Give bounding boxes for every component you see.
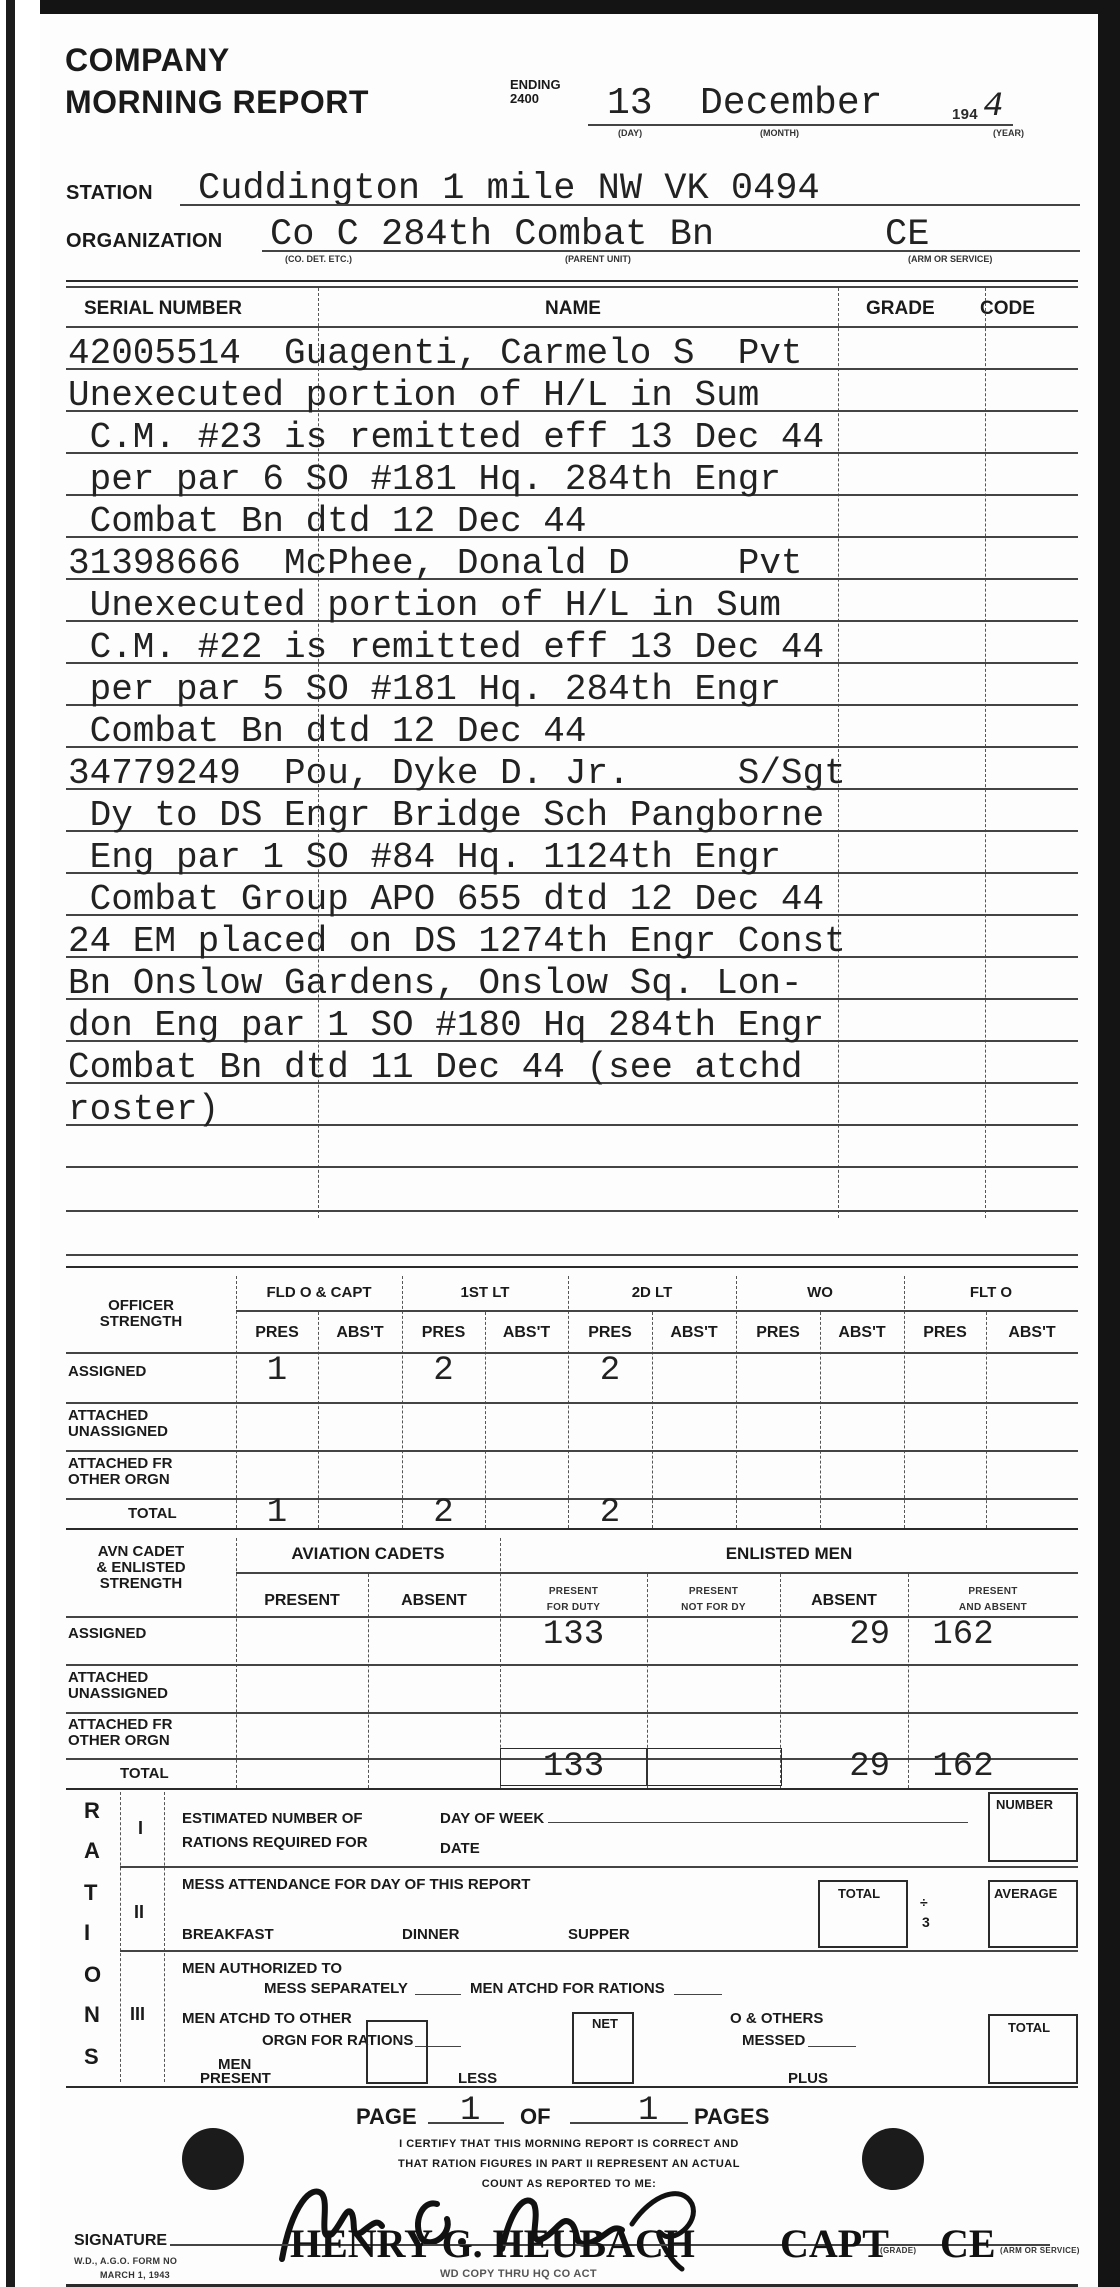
col-code: CODE bbox=[980, 298, 1035, 320]
men-atchd-other-label-1: MEN ATCHD TO OTHER bbox=[182, 2010, 352, 2027]
entry-line: 34779249 Pou, Dyke D. Jr. S/Sgt bbox=[68, 756, 846, 792]
sub-pres: PRES bbox=[236, 1324, 318, 1342]
sub-abst: ABS'T bbox=[318, 1324, 402, 1342]
average-label: AVERAGE bbox=[994, 1886, 1057, 1901]
less-label: LESS bbox=[458, 2070, 497, 2087]
organization-label: ORGANIZATION bbox=[66, 230, 223, 253]
row-rule bbox=[66, 1402, 1078, 1404]
em-total-present-for-duty: 133 bbox=[500, 1748, 647, 1786]
em-total-present-and-absent: 162 bbox=[908, 1748, 1018, 1786]
col-divider bbox=[986, 1312, 987, 1528]
mess-total-label: TOTAL bbox=[838, 1886, 880, 1901]
rations-letter: R bbox=[84, 1798, 100, 1824]
av-absent-head: ABSENT bbox=[368, 1592, 500, 1610]
entry-line: per par 6 SO #181 Hq. 284th Engr bbox=[68, 462, 781, 498]
arm-caption: (ARM OR SERVICE) bbox=[908, 254, 992, 264]
row-label-attached-unassigned: ATTACHED UNASSIGNED bbox=[68, 1408, 188, 1440]
page-number: 1 bbox=[460, 2092, 480, 2130]
dinner-label: DINNER bbox=[402, 1926, 460, 1943]
row-rule bbox=[66, 1788, 1078, 1790]
signature-label: SIGNATURE bbox=[74, 2232, 167, 2250]
report-day: 13 bbox=[607, 82, 653, 125]
divide-by-three: 3 bbox=[922, 1914, 930, 1930]
scan-top-border bbox=[40, 0, 1120, 14]
o-others-label-1: O & OTHERS bbox=[730, 2010, 823, 2027]
signer-name: HENRY G. HEUBACH bbox=[290, 2220, 695, 2267]
officer-strength-label: OFFICER STRENGTH bbox=[66, 1298, 216, 1330]
entry-line: C.M. #23 is remitted eff 13 Dec 44 bbox=[68, 420, 824, 456]
col-name: NAME bbox=[545, 298, 601, 320]
scan-right-border bbox=[1098, 0, 1120, 2287]
group-rule bbox=[236, 1572, 1078, 1574]
divide-sign: ÷ bbox=[920, 1894, 928, 1910]
officer-assigned-1lt-pres: 2 bbox=[402, 1352, 485, 1390]
year-caption: (YEAR) bbox=[993, 128, 1024, 138]
em-present-for-duty-1: PRESENT bbox=[500, 1584, 647, 1600]
men-atchd-rations-field[interactable] bbox=[674, 1994, 722, 1995]
officer-total-2lt-pres: 2 bbox=[568, 1494, 652, 1532]
form-title-morning-report: MORNING REPORT bbox=[65, 86, 369, 118]
page-total: 1 bbox=[638, 2092, 658, 2130]
section-iii: III bbox=[130, 2004, 145, 2025]
group-2d-lt: 2D LT bbox=[568, 1284, 736, 1301]
col-divider bbox=[236, 1538, 237, 1788]
number-label: NUMBER bbox=[996, 1797, 1053, 1812]
em-present-for-duty-head: PRESENT FOR DUTY bbox=[500, 1584, 647, 1616]
rations-divider bbox=[164, 1792, 165, 2082]
page-number-underline bbox=[428, 2122, 504, 2124]
ending-label-line2: 2400 bbox=[510, 92, 561, 106]
certification-line-1: I CERTIFY THAT THIS MORNING REPORT IS CO… bbox=[269, 2138, 869, 2150]
station-label: STATION bbox=[66, 182, 153, 205]
org-caption: (CO. DET. ETC.) bbox=[285, 254, 352, 264]
page-total-underline bbox=[570, 2122, 688, 2124]
o-others-messed-field[interactable] bbox=[808, 2046, 856, 2047]
entry-line: Combat Group APO 655 dtd 12 Dec 44 bbox=[68, 882, 824, 918]
rations-rule bbox=[120, 1866, 1078, 1868]
ending-label: ENDING 2400 bbox=[510, 78, 561, 105]
enlisted-label-1: AVN CADET bbox=[66, 1544, 216, 1560]
entry-line: 42005514 Guagenti, Carmelo S Pvt bbox=[68, 336, 803, 372]
group-1st-lt: 1ST LT bbox=[402, 1284, 568, 1301]
date-label: DATE bbox=[440, 1840, 480, 1857]
officer-strength-label-2: STRENGTH bbox=[66, 1314, 216, 1330]
entry-line: Combat Bn dtd 11 Dec 44 (see atchd bbox=[68, 1050, 803, 1086]
mess-attendance-label: MESS ATTENDANCE FOR DAY OF THIS REPORT bbox=[182, 1876, 530, 1893]
em-pres-abs-2: AND ABSENT bbox=[908, 1600, 1078, 1616]
report-month: December bbox=[700, 82, 882, 125]
col-divider bbox=[318, 1312, 319, 1528]
row-rule bbox=[66, 1450, 1078, 1452]
entry-line: Dy to DS Engr Bridge Sch Pangborne bbox=[68, 798, 824, 834]
grade-caption: (GRADE) bbox=[880, 2246, 916, 2255]
row-label-attached-fr-other-orgn: ATTACHED FR OTHER ORGN bbox=[68, 1456, 188, 1488]
signer-grade: CAPT bbox=[780, 2220, 889, 2267]
enlisted-label-2: & ENLISTED bbox=[66, 1560, 216, 1576]
men-present-label-2: PRESENT bbox=[200, 2070, 271, 2087]
em-present-not-2: NOT FOR DY bbox=[647, 1600, 780, 1616]
section-i: I bbox=[138, 1818, 143, 1839]
morning-report-form: COMPANY MORNING REPORT ENDING 2400 13 De… bbox=[40, 14, 1098, 2287]
officer-assigned-2lt-pres: 2 bbox=[568, 1352, 652, 1390]
officer-strength-label-1: OFFICER bbox=[66, 1298, 216, 1314]
entry-line: Combat Bn dtd 12 Dec 44 bbox=[68, 504, 586, 540]
em-present-not-for-dy-head: PRESENT NOT FOR DY bbox=[647, 1584, 780, 1616]
estimated-rations-label-1: ESTIMATED NUMBER OF bbox=[182, 1810, 363, 1827]
em-present-and-absent-head: PRESENT AND ABSENT bbox=[908, 1584, 1078, 1616]
enlisted-label-3: STRENGTH bbox=[66, 1576, 216, 1592]
scan-left-margin bbox=[0, 0, 40, 2287]
men-atchd-rations-label: MEN ATCHD FOR RATIONS bbox=[470, 1980, 665, 1997]
rations-letter: O bbox=[84, 1962, 101, 1988]
entry-line: Unexecuted portion of H/L in Sum bbox=[68, 378, 759, 414]
men-authorized-label-1: MEN AUTHORIZED TO bbox=[182, 1960, 342, 1977]
parent-unit-caption: (PARENT UNIT) bbox=[565, 254, 631, 264]
row-label-assigned: ASSIGNED bbox=[68, 1626, 146, 1642]
sub-abst: ABS'T bbox=[820, 1324, 904, 1342]
em-total-absent: 29 bbox=[780, 1748, 908, 1786]
organization-underline bbox=[262, 250, 1080, 252]
entry-line: 24 EM placed on DS 1274th Engr Const bbox=[68, 924, 846, 960]
header-rule bbox=[66, 326, 1078, 328]
row-label-total: TOTAL bbox=[120, 1766, 169, 1782]
section-ii: II bbox=[134, 1902, 144, 1923]
o-others-label-2: MESSED bbox=[742, 2032, 805, 2049]
form-number-label: W.D., A.G.O. FORM NO bbox=[74, 2256, 177, 2266]
em-pres-abs-1: PRESENT bbox=[908, 1584, 1078, 1600]
row-label-attached-fr-other-orgn: ATTACHED FR OTHER ORGN bbox=[68, 1717, 188, 1749]
of-label: OF bbox=[520, 2104, 551, 2130]
distribution-note: WD COPY THRU HQ CO ACT bbox=[440, 2268, 597, 2280]
day-of-week-label: DAY OF WEEK bbox=[440, 1810, 544, 1827]
rations-letter: T bbox=[84, 1880, 97, 1906]
day-caption: (DAY) bbox=[618, 128, 642, 138]
sub-pres: PRES bbox=[402, 1324, 485, 1342]
rations-letter: N bbox=[84, 2002, 100, 2028]
em-present-not-1: PRESENT bbox=[647, 1584, 780, 1600]
officer-total-fld-pres: 1 bbox=[236, 1494, 318, 1532]
officer-assigned-fld-pres: 1 bbox=[236, 1352, 318, 1390]
em-assigned-absent: 29 bbox=[780, 1616, 908, 1654]
row-label-assigned: ASSIGNED bbox=[68, 1364, 146, 1380]
col-divider bbox=[652, 1312, 653, 1528]
page-label: PAGE bbox=[356, 2104, 417, 2130]
entry-line: per par 5 SO #181 Hq. 284th Engr bbox=[68, 672, 781, 708]
net-label: NET bbox=[592, 2016, 618, 2031]
group-wo: WO bbox=[736, 1284, 904, 1301]
rations-divider bbox=[120, 1792, 121, 2082]
day-of-week-field[interactable] bbox=[548, 1822, 968, 1823]
rations-letter: A bbox=[84, 1838, 100, 1864]
rations-rule bbox=[120, 1950, 1078, 1952]
sub-pres: PRES bbox=[736, 1324, 820, 1342]
rations-total-label: TOTAL bbox=[1008, 2020, 1050, 2035]
group-rule bbox=[236, 1310, 1078, 1312]
em-absent-head: ABSENT bbox=[780, 1592, 908, 1610]
table-top-rule-2 bbox=[66, 286, 1078, 288]
table-top-rule bbox=[66, 280, 1078, 282]
pages-label: PAGES bbox=[694, 2104, 769, 2130]
entries-bottom-rule bbox=[66, 1266, 1078, 1268]
punch-hole-right bbox=[862, 2128, 924, 2190]
row-rule bbox=[66, 1664, 1078, 1666]
rations-letter: S bbox=[84, 2044, 99, 2070]
entry-line: Bn Onslow Gardens, Onslow Sq. Lon- bbox=[68, 966, 803, 1002]
entry-line: Unexecuted portion of H/L in Sum bbox=[68, 588, 781, 624]
year-prefix: 194 bbox=[952, 106, 978, 123]
form-title-company: COMPANY bbox=[65, 44, 230, 76]
sub-pres: PRES bbox=[904, 1324, 986, 1342]
officer-total-1lt-pres: 2 bbox=[402, 1494, 485, 1532]
sub-abst: ABS'T bbox=[485, 1324, 568, 1342]
month-caption: (MONTH) bbox=[760, 128, 799, 138]
col-divider bbox=[820, 1312, 821, 1528]
col-grade: GRADE bbox=[866, 298, 935, 320]
col-divider bbox=[485, 1312, 486, 1528]
station-underline bbox=[180, 204, 1080, 206]
row-rule bbox=[66, 1712, 1078, 1714]
col-serial-number: SERIAL NUMBER bbox=[84, 298, 242, 320]
breakfast-label: BREAKFAST bbox=[182, 1926, 274, 1943]
em-present-for-duty-2: FOR DUTY bbox=[500, 1600, 647, 1616]
year-suffix: 4 bbox=[983, 88, 1003, 126]
punch-hole-left bbox=[182, 2128, 244, 2190]
entry-line: don Eng par 1 SO #180 Hq 284th Engr bbox=[68, 1008, 824, 1044]
men-present-box[interactable] bbox=[366, 2020, 428, 2084]
entry-line: roster) bbox=[68, 1092, 219, 1128]
form-date-label: MARCH 1, 1943 bbox=[100, 2270, 170, 2280]
entry-line: Eng par 1 SO #84 Hq. 1124th Engr bbox=[68, 840, 781, 876]
men-authorized-label-2: MESS SEPARATELY bbox=[264, 1980, 408, 1997]
av-present-head: PRESENT bbox=[236, 1592, 368, 1610]
group-flt-o: FLT O bbox=[904, 1284, 1078, 1301]
em-assigned-present-and-absent: 162 bbox=[908, 1616, 1018, 1654]
entry-line: Combat Bn dtd 12 Dec 44 bbox=[68, 714, 586, 750]
row-label-total: TOTAL bbox=[128, 1506, 177, 1522]
grade-code-divider bbox=[985, 288, 986, 1218]
rations-letter: I bbox=[84, 1920, 90, 1946]
sub-abst: ABS'T bbox=[652, 1324, 736, 1342]
em-assigned-present-for-duty: 133 bbox=[500, 1616, 647, 1654]
ending-label-line1: ENDING bbox=[510, 78, 561, 92]
supper-label: SUPPER bbox=[568, 1926, 630, 1943]
entry-line: 31398666 McPhee, Donald D Pvt bbox=[68, 546, 803, 582]
arm-caption: (ARM OR SERVICE) bbox=[1000, 2246, 1080, 2255]
aviation-cadets-group: AVIATION CADETS bbox=[236, 1544, 500, 1564]
sub-pres: PRES bbox=[568, 1324, 652, 1342]
enlisted-strength-label: AVN CADET & ENLISTED STRENGTH bbox=[66, 1544, 216, 1591]
plus-label: PLUS bbox=[788, 2070, 828, 2087]
estimated-rations-label-2: RATIONS REQUIRED FOR bbox=[182, 1834, 368, 1851]
signer-arm: CE bbox=[940, 2220, 996, 2267]
mess-separately-field[interactable] bbox=[415, 1994, 461, 1995]
sub-abst: ABS'T bbox=[986, 1324, 1078, 1342]
row-label-attached-unassigned: ATTACHED UNASSIGNED bbox=[68, 1670, 188, 1702]
entry-line: C.M. #22 is remitted eff 13 Dec 44 bbox=[68, 630, 824, 666]
enlisted-men-group: ENLISTED MEN bbox=[500, 1544, 1078, 1564]
group-fld-o-capt: FLD O & CAPT bbox=[236, 1284, 402, 1301]
